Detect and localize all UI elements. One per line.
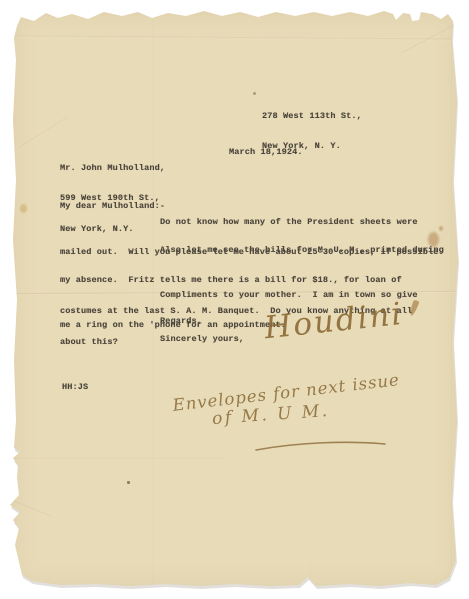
closing-text: Sincerely yours, [160,334,244,344]
date-text: March 18,1924. [229,147,303,157]
typist-initials: HH:JS [62,361,94,412]
recipient-name: Mr. John Mulholland, [60,163,165,173]
paper-speck-date [253,92,256,95]
letter-paper: 278 West 113th St., New York, N. Y. Marc… [0,0,469,599]
paper-speck-dark [127,481,130,484]
fold-crease-top [14,35,454,40]
letter-scan: 278 West 113th St., New York, N. Y. Marc… [0,0,469,599]
annotation-underline-flourish [254,438,388,453]
paragraph-line: Also let me see the bills for M. U. M., … [60,245,444,255]
return-address-line1: 278 West 113th St., [262,111,362,121]
closing-line: Sincerely yours, [160,313,244,364]
typist-initials-text: HH:JS [62,382,94,392]
date-line: March 18,1924. [229,126,303,177]
signature-text: Houdini [262,296,405,346]
crease-left-tear [13,501,51,517]
crease-corner-topright [401,24,456,54]
fold-crease-lower [13,458,223,460]
paper-speck-left [20,204,27,213]
